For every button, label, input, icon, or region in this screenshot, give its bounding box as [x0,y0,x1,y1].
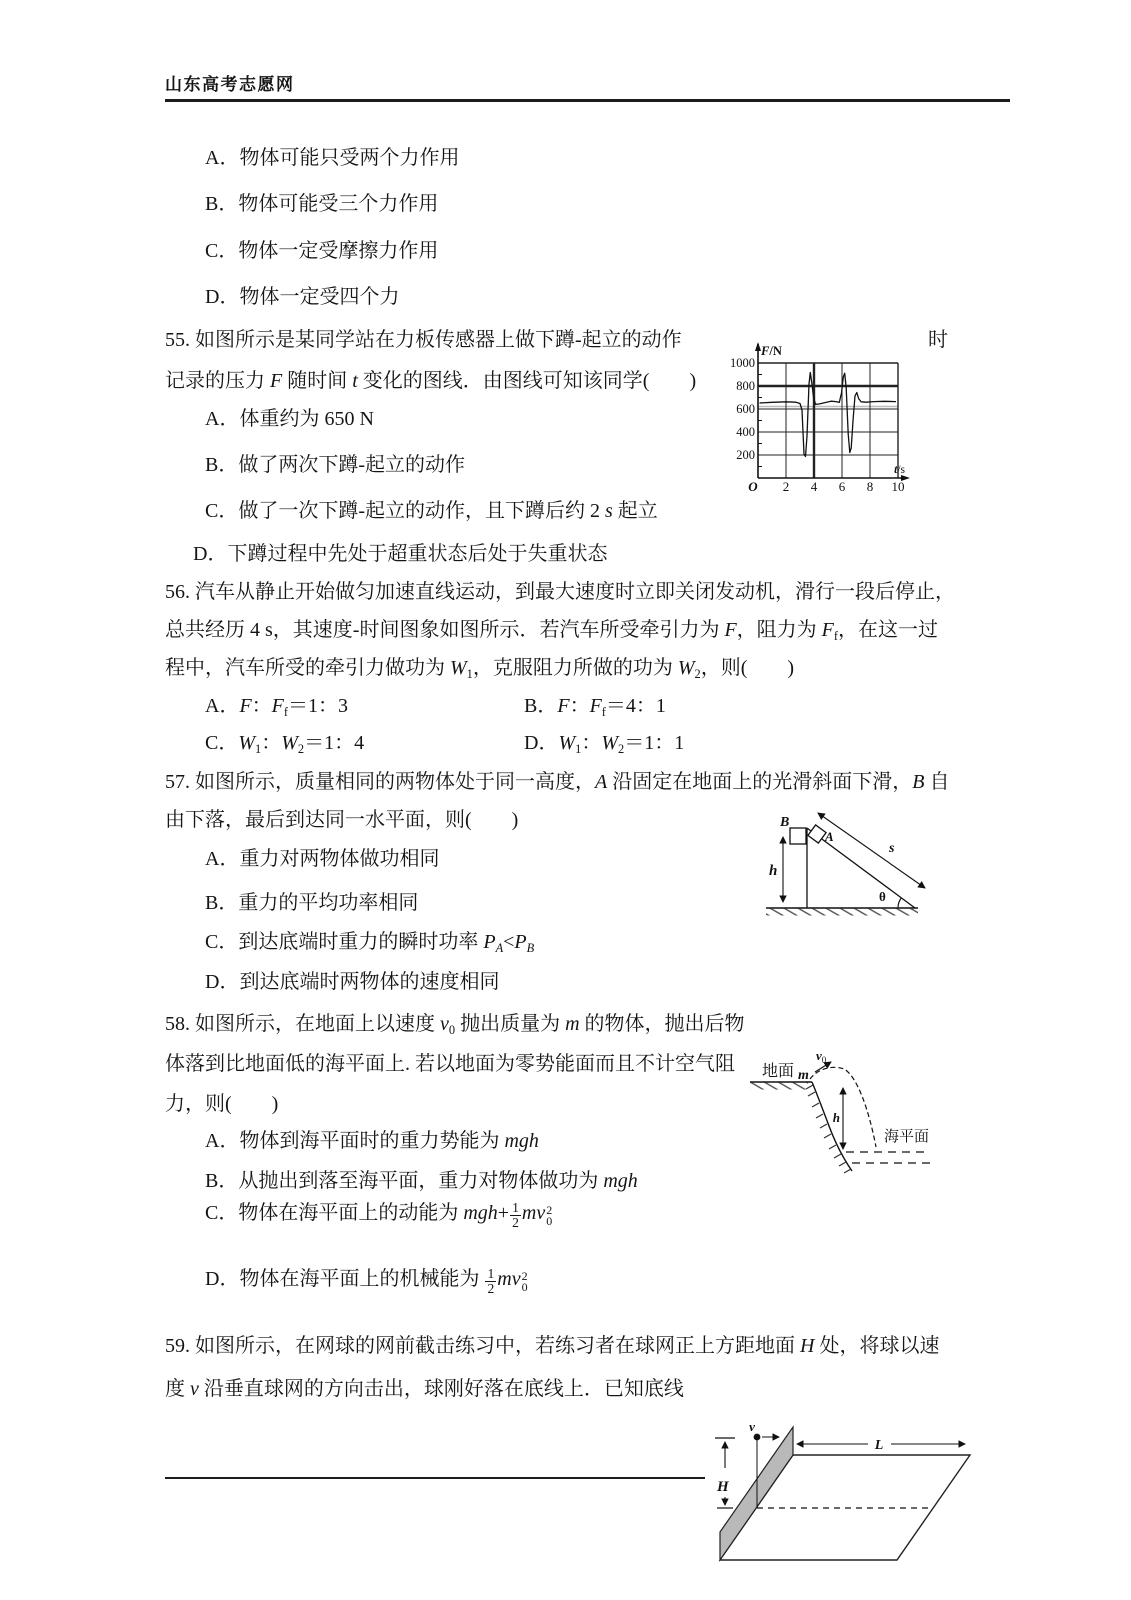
q58-line-2: 体落到比地面低的海平面上. 若以地面为零势能面而且不计空气阻 [165,1051,735,1077]
q57-option-b: B．重力的平均功率相同 [205,890,418,916]
svg-text:10: 10 [892,479,905,494]
q54-option-a: A．物体可能只受两个力作用 [205,145,459,171]
q57-line-2: 由下落，最后到达同一水平面，则( ) [165,807,518,833]
svg-text:2: 2 [783,479,790,494]
q57-option-d: D．到达底端时两物体的速度相同 [205,969,499,995]
q56-line-2: 总共经历 4 s，其速度-时间图象如图所示．若汽车所受牵引力为 F，阻力为 Ff… [165,617,938,649]
exam-page: 山东高考志愿网 A．物体可能只受两个力作用 B．物体可能受三个力作用 C．物体一… [0,0,1131,1600]
q55-option-d: D．下蹲过程中先处于超重状态后处于失重状态 [193,541,607,567]
H-dimension [715,1438,735,1508]
q56-option-d: D．W1：W2＝1：1 [524,730,684,762]
q55-option-c: C．做了一次下蹲-起立的动作，且下蹲后约 2 s 起立 [205,498,658,524]
q55-line-1-cont: 时 [928,327,948,353]
q57-option-a: A．重力对两物体做功相同 [205,846,439,872]
q58-option-a: A．物体到海平面时的重力势能为 mgh [205,1128,539,1154]
label-block-B: B [779,815,789,830]
incline-hypotenuse [807,828,915,908]
cliff-edge [812,1082,852,1171]
y-tick-labels: 1000 800 600 400 200 [730,356,755,462]
label-v0: v0 [816,1048,827,1065]
svg-text:1000: 1000 [730,356,755,370]
label-m: m [798,1068,809,1083]
q58-cliff-diagram: 地面 m v0 h 海平面 [742,1038,974,1190]
q54-option-d: D．物体一定受四个力 [205,284,399,310]
x-axis-label: t/s [894,464,905,476]
ground-hatching [750,1083,808,1090]
q58-option-c: C．物体在海平面上的动能为 mgh+12mv20 [205,1200,552,1231]
q59-tennis-court-diagram: v H L [698,1406,1078,1584]
label-h: h [769,863,777,879]
q54-option-c: C．物体一定受摩擦力作用 [205,238,438,264]
q56-option-a: A．F：Ff＝1：3 [205,693,348,725]
q55-line-1: 55. 如图所示是某同学站在力板传感器上做下蹲-起立的动作 [165,327,682,353]
y-axis-label: F/N [760,344,782,358]
svg-text:4: 4 [811,479,818,494]
q59-line-1: 59. 如图所示，在网球的网前截击练习中，若练习者在球网正上方距地面 H 处，将… [165,1333,939,1359]
svg-text:O: O [748,479,758,494]
q58-option-d: D．物体在海平面上的机械能为 12mv20 [205,1266,528,1297]
q58-line-3: 力，则( ) [165,1091,278,1117]
ground-hatching [766,909,918,916]
label-sea-level: 海平面 [884,1128,929,1145]
label-H: H [716,1479,730,1495]
q56-line-3: 程中，汽车所受的牵引力做功为 W1，克服阻力所做的功为 W2，则( ) [165,655,794,687]
svg-text:600: 600 [736,402,755,416]
site-header: 山东高考志愿网 [165,72,295,98]
x-tick-labels: O 2 4 6 8 10 [748,479,904,494]
label-theta: θ [879,889,886,904]
q57-option-c: C．到达底端时重力的瞬时功率 PA<PB [205,929,534,961]
q58-line-1: 58. 如图所示，在地面上以速度 v0 抛出质量为 m 的物体，抛出后物 [165,1011,745,1043]
svg-text:800: 800 [736,379,755,393]
q56-option-b: B．F：Ff＝4：1 [524,693,666,725]
q57-incline-diagram: B A h s θ [756,788,940,916]
q55-force-time-graph: F/N 1000 800 600 400 200 O 2 4 6 8 10 t/… [724,336,914,494]
label-ground: 地面 [762,1061,794,1080]
graph-grid [758,363,898,478]
block-B [790,828,806,844]
svg-text:400: 400 [736,425,755,439]
footer-rule [165,1477,705,1479]
q56-line-1: 56. 汽车从静止开始做匀加速直线运动，到最大速度时立即关闭发动机，滑行一段后停… [165,579,955,605]
s-dimension-arrow [818,813,925,888]
theta-arc [898,898,901,908]
q58-option-b: B．从抛出到落至海平面，重力对物体做功为 mgh [205,1168,638,1194]
ball [754,1434,761,1441]
label-L: L [874,1438,884,1453]
header-rule [165,99,1010,102]
label-block-A: A [824,829,834,844]
label-h: h [833,1110,840,1125]
svg-text:6: 6 [839,479,846,494]
label-s: s [888,841,895,856]
q54-option-b: B．物体可能受三个力作用 [205,191,438,217]
label-v: v [749,1419,755,1434]
svg-text:8: 8 [867,479,874,494]
q55-line-2: 记录的压力 F 随时间 t 变化的图线．由图线可知该同学( ) [165,368,696,394]
graph-axes [758,344,905,478]
q56-option-c: C．W1：W2＝1：4 [205,730,364,762]
q55-option-a: A．体重约为 650 N [205,406,374,432]
svg-text:200: 200 [736,448,755,462]
q59-line-2: 度 v 沿垂直球网的方向击出，球刚好落在底线上．已知底线 [165,1376,684,1402]
q55-option-b: B．做了两次下蹲-起立的动作 [205,452,465,478]
